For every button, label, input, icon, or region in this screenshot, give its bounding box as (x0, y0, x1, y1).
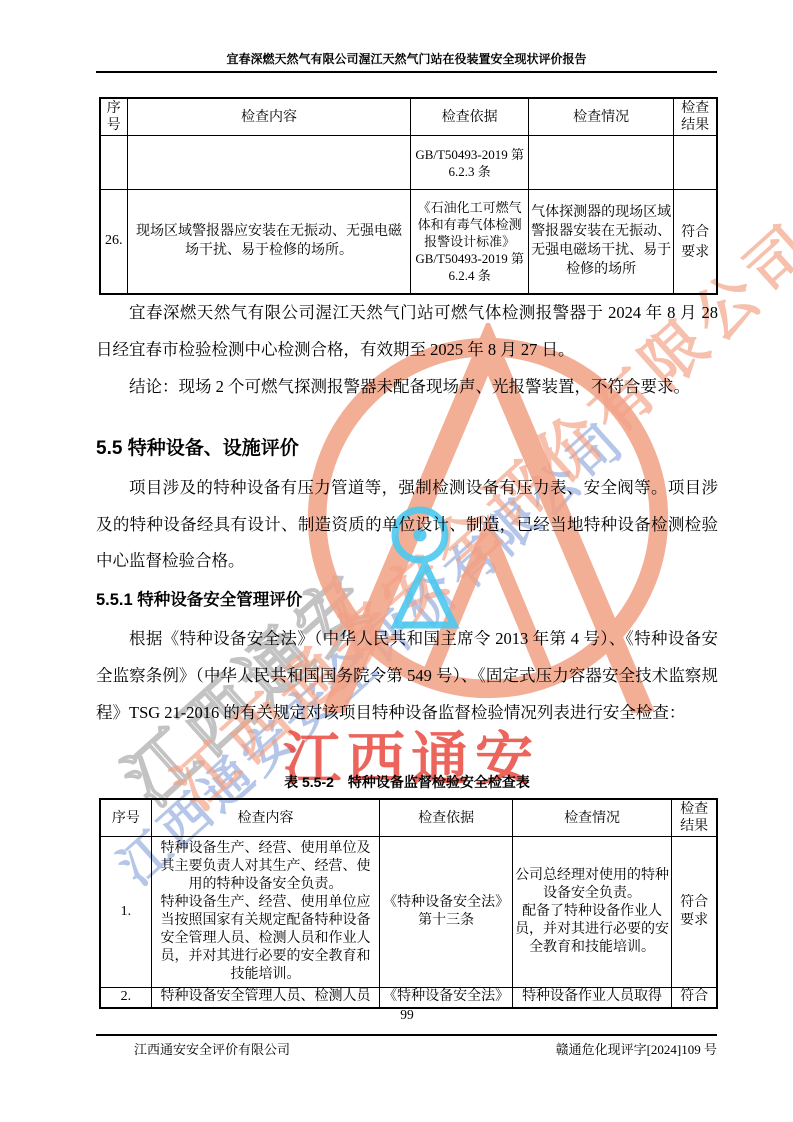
footer-company-name: 江西通安安全评价有限公司 (96, 1039, 290, 1058)
section-heading-5-5: 5.5 特种设备、设施评价 (96, 433, 299, 460)
col-header-no: 序号 (100, 799, 151, 837)
section-heading-5-5-1: 5.5.1 特种设备安全管理评价 (96, 586, 302, 610)
col-header-no: 序号 (100, 98, 127, 136)
content-clause-a: 特种设备生产、经营、使用单位及其主要负责人对其生产、经营、使用的特种设备安全负责… (154, 840, 378, 894)
paragraph-special-equipment: 项目涉及的特种设备有压力管道等，强制检测设备有压力表、安全阀等。项目涉及的特种设… (96, 470, 718, 580)
cell-situation: 公司总经理对使用的特种设备安全负责。 配备了特种设备作业人员，并对其进行必要的安… (512, 837, 672, 988)
cell-content: 特种设备生产、经营、使用单位及其主要负责人对其生产、经营、使用的特种设备安全负责… (151, 837, 380, 988)
basis-standard-title: 《石油化工可燃气体和有毒气体检测报警设计标准》 (413, 199, 525, 250)
table-row: GB/T50493-2019 第 6.2.3 条 (100, 136, 717, 190)
table-header-row: 序号 检查内容 检查依据 检查情况 检查结果 (100, 799, 717, 837)
col-header-situation: 检查情况 (528, 98, 673, 136)
table-row: 1. 特种设备生产、经营、使用单位及其主要负责人对其生产、经营、使用的特种设备安… (100, 837, 717, 988)
page-number: 99 (96, 1007, 718, 1023)
cell-no: 26. (100, 190, 127, 294)
cell-result: 符合要求 (674, 190, 717, 294)
col-header-result: 检查结果 (672, 799, 717, 837)
content-clause-b: 特种设备生产、经营、使用单位应当按照国家有关规定配备特种设备安全管理人员、检测人… (154, 894, 378, 984)
col-header-content: 检查内容 (151, 799, 380, 837)
cell-result: 符合要求 (672, 837, 717, 988)
situation-clause-a: 公司总经理对使用的特种设备安全负责。 (515, 867, 670, 903)
cell-basis: GB/T50493-2019 第 6.2.3 条 (411, 136, 528, 190)
table-row: 26. 现场区域警报器应安装在无振动、无强电磁场干扰、易于检修的场所。 《石油化… (100, 190, 717, 294)
header-divider (96, 71, 717, 73)
document-page: 江西通安安全评价有限公司 江西通安 江西通安安全评价有限公司 江西通安 宜春深燃… (0, 0, 793, 1122)
footer-divider (96, 1034, 717, 1036)
footer-document-number: 赣通危化现评字[2024]109 号 (556, 1039, 717, 1058)
cell-basis: 《特种设备安全法》第十三条 (380, 837, 512, 988)
table-header-row: 序号 检查内容 检查依据 检查情况 检查结果 (100, 98, 717, 136)
paragraph-alarm-inspection: 宜春深燃天然气有限公司渥江天然气门站可燃气体检测报警器于 2024 年 8 月 … (96, 294, 718, 368)
cell-basis: 《石油化工可燃气体和有毒气体检测报警设计标准》 GB/T50493-2019 第… (411, 190, 528, 294)
table-5-5-2-caption: 表 5.5-2 特种设备监督检验安全检查表 (96, 772, 718, 792)
col-header-situation: 检查情况 (512, 799, 672, 837)
cell-no: 2. (100, 988, 151, 1008)
col-header-basis: 检查依据 (380, 799, 512, 837)
cell-situation (528, 136, 673, 190)
gas-alarm-check-table: 序号 检查内容 检查依据 检查情况 检查结果 GB/T50493-2019 第 … (99, 97, 718, 295)
basis-standard-ref: GB/T50493-2019 第 6.2.4 条 (413, 250, 525, 284)
cell-situation: 气体探测器的现场区域警报器安装在无振动、无强电磁场干扰、易于检修的场所 (528, 190, 673, 294)
special-equipment-check-table: 序号 检查内容 检查依据 检查情况 检查结果 1. 特种设备生产、经营、使用单位… (99, 798, 718, 1009)
cell-result: 符合 (672, 988, 717, 1008)
paragraph-regulations: 根据《特种设备安全法》（中华人民共和国主席令 2013 年第 4 号）、《特种设… (96, 620, 718, 731)
report-header-title: 宜春深燃天然气有限公司渥江天然气门站在役装置安全现状评价报告 (96, 50, 717, 67)
cell-result (674, 136, 717, 190)
col-header-result: 检查结果 (674, 98, 717, 136)
cell-content (127, 136, 411, 190)
cell-content: 现场区域警报器应安装在无振动、无强电磁场干扰、易于检修的场所。 (127, 190, 411, 294)
paragraph-conclusion: 结论：现场 2 个可燃气探测报警器未配备现场声、光报警装置，不符合要求。 (96, 368, 718, 405)
cell-no (100, 136, 127, 190)
cell-no: 1. (100, 837, 151, 988)
cell-basis: 《特种设备安全法》 (380, 988, 512, 1008)
cell-content: 特种设备安全管理人员、检测人员 (151, 988, 380, 1008)
table-row: 2. 特种设备安全管理人员、检测人员 《特种设备安全法》 特种设备作业人员取得 … (100, 988, 717, 1008)
situation-clause-b: 配备了特种设备作业人员，并对其进行必要的安全教育和技能培训。 (515, 903, 670, 957)
page-footer: 江西通安安全评价有限公司 赣通危化现评字[2024]109 号 (96, 1039, 717, 1058)
col-header-basis: 检查依据 (411, 98, 528, 136)
col-header-content: 检查内容 (127, 98, 411, 136)
cell-situation: 特种设备作业人员取得 (512, 988, 672, 1008)
